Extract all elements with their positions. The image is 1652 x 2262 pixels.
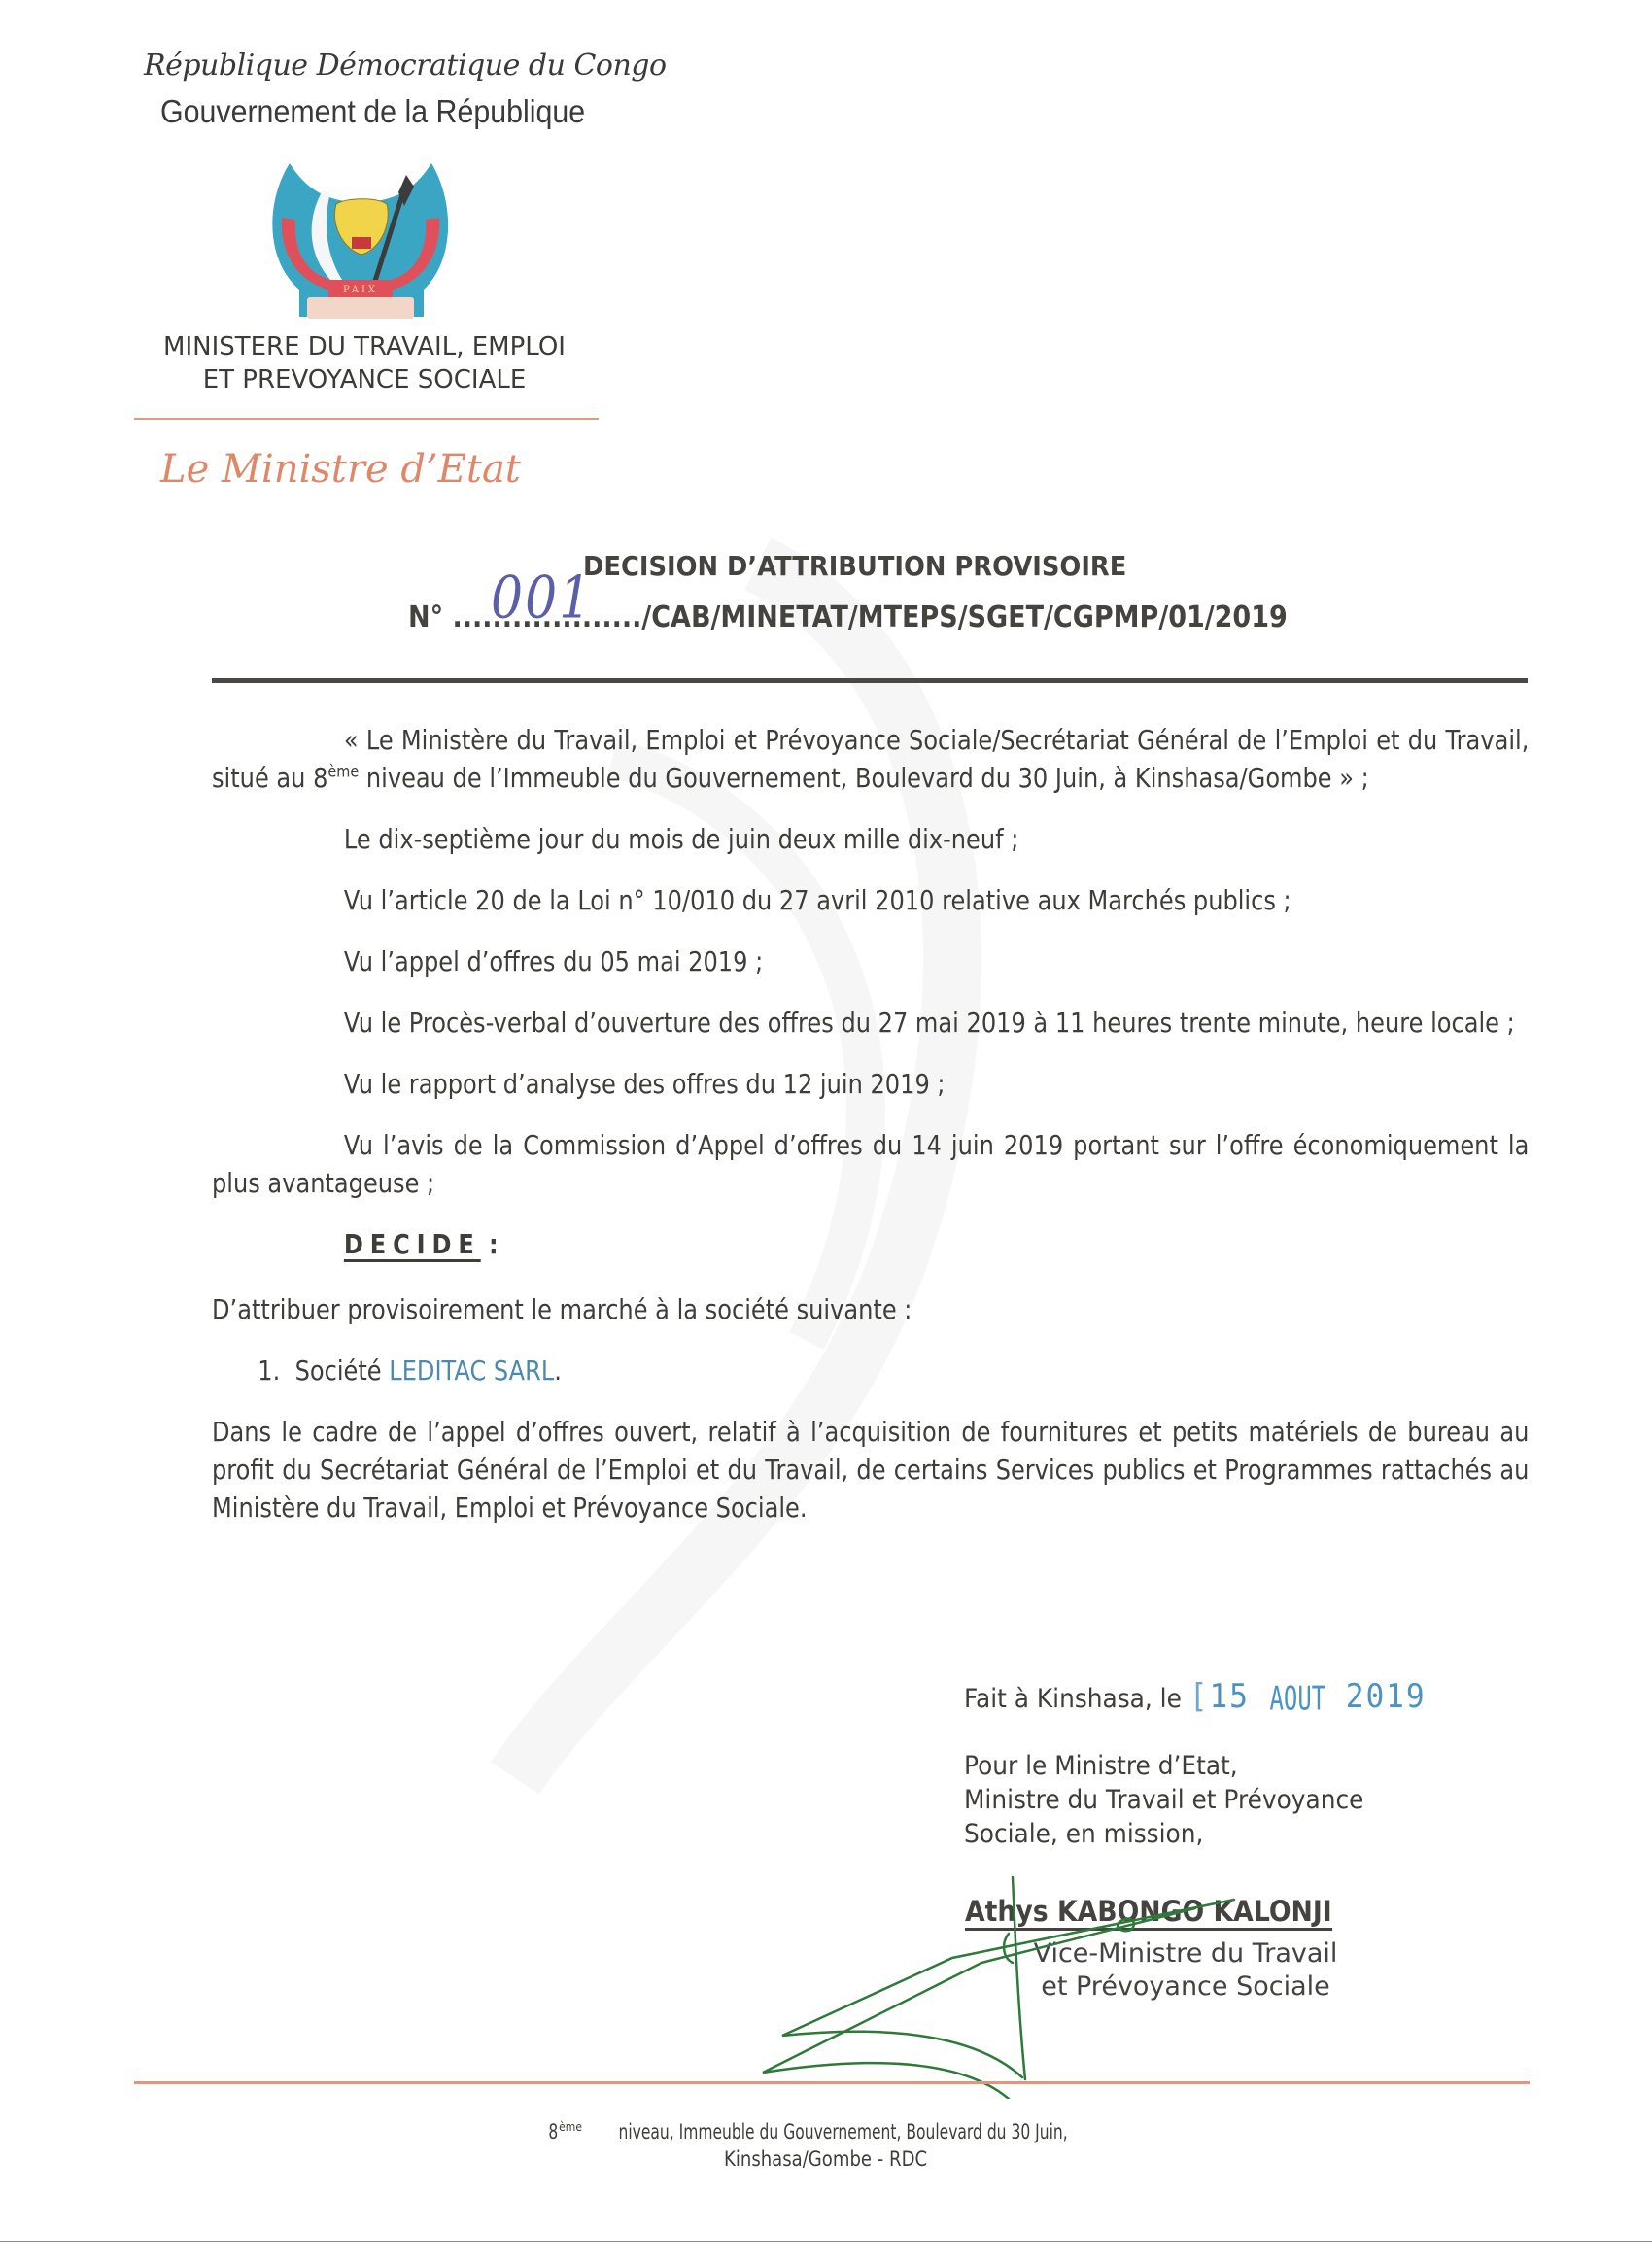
context-paragraph: Dans le cadre de l’appel d’offres ouvert… — [212, 1413, 1529, 1526]
consideration: Vu l’avis de la Commission d’Appel d’off… — [212, 1126, 1529, 1202]
office-title: Le Ministre d’Etat — [160, 447, 568, 492]
country-name: République Démocratique du Congo — [144, 49, 610, 83]
date-line: Le dix-septième jour du mois de juin deu… — [212, 820, 1529, 858]
consideration: Vu l’article 20 de la Loi n° 10/010 du 2… — [212, 881, 1529, 919]
footer-divider — [134, 2081, 1530, 2084]
title-divider — [212, 678, 1528, 683]
decision-title: DECISION D’ATTRIBUTION PROVISOIRE — [583, 550, 1126, 582]
page-edge — [0, 2241, 1652, 2242]
decide-heading: DECIDE : — [212, 1225, 1529, 1263]
body-text: « Le Ministère du Travail, Emploi et Pré… — [212, 721, 1530, 1526]
handwritten-number: 001 — [491, 565, 593, 633]
place-date: Fait à Kinshasa, le [15 AOUT 2019 — [964, 1677, 1427, 1716]
ministry-name: MINISTERE DU TRAVAIL, EMPLOI ET PREVOYAN… — [136, 330, 593, 396]
government-name: Gouvernement de la République — [160, 93, 585, 130]
preamble: « Le Ministère du Travail, Emploi et Pré… — [212, 721, 1529, 797]
header-divider — [134, 418, 599, 420]
attribution-line: D’attribuer provisoirement le marché à l… — [212, 1290, 1529, 1328]
date-stamp: [15 AOUT 2019 — [1189, 1677, 1427, 1716]
svg-text:PAIX: PAIX — [343, 285, 378, 295]
awardee-item: 1. Société LEDITAC SARL. — [212, 1352, 1529, 1389]
consideration: Vu le Procès-verbal d’ouverture des offr… — [212, 1004, 1529, 1042]
coat-of-arms-icon: PAIX — [260, 144, 461, 325]
footer-address: 8ème niveau, Immeuble du Gouvernement, B… — [292, 2118, 1360, 2173]
company-name: LEDITAC SARL — [389, 1354, 554, 1387]
handwritten-signature-icon — [758, 1866, 1555, 2099]
consideration: Vu le rapport d’analyse des offres du 12… — [212, 1065, 1529, 1103]
consideration: Vu l’appel d’offres du 05 mai 2019 ; — [212, 942, 1529, 980]
signatory-for: Pour le Ministre d’Etat, Ministre du Tra… — [964, 1749, 1363, 1851]
